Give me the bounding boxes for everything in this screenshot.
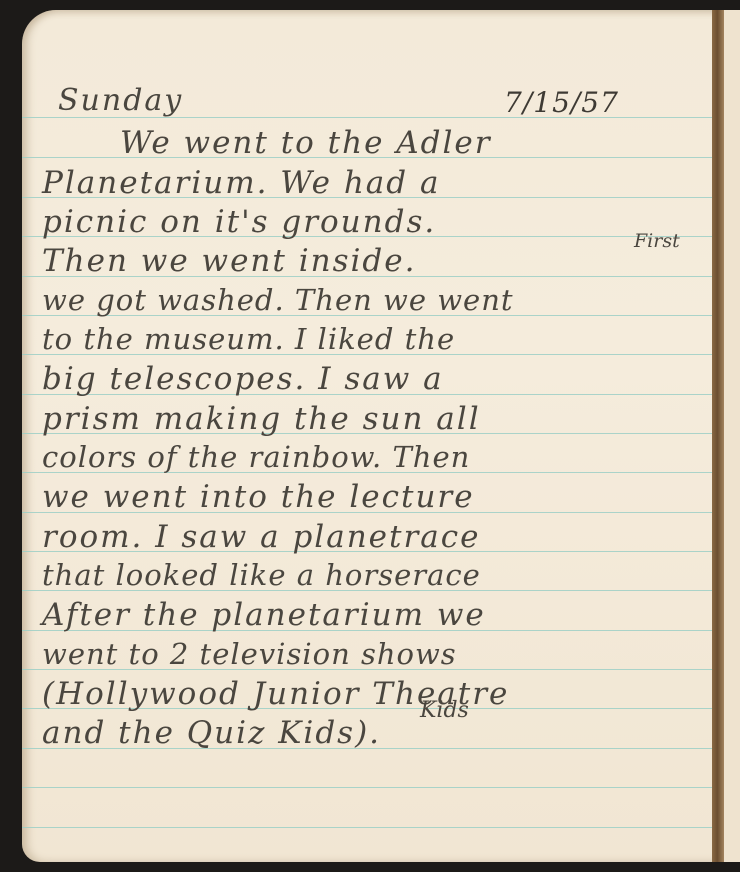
diary-line-16: and the Quiz Kids). xyxy=(42,718,381,749)
diary-line-9: colors of the rainbow. Then xyxy=(42,443,470,472)
diary-line-6: to the museum. I liked the xyxy=(42,325,455,354)
day-heading: Sunday xyxy=(58,86,183,116)
notebook-binding xyxy=(712,10,724,862)
adjacent-page-edge xyxy=(724,10,740,862)
diary-line-14: went to 2 television shows xyxy=(42,640,457,669)
diary-line-11: room. I saw a planetrace xyxy=(42,522,480,553)
inserted-word-first: First xyxy=(634,232,680,251)
diary-line-10: we went into the lecture xyxy=(42,482,475,513)
inserted-word-kids: Kids xyxy=(420,700,469,722)
diary-line-7: big telescopes. I saw a xyxy=(42,364,444,395)
diary-line-5: we got washed. Then we went xyxy=(42,286,514,315)
diary-line-3: picnic on it's grounds. xyxy=(42,207,436,238)
diary-line-4: Then we went inside. xyxy=(42,246,416,277)
ruled-line xyxy=(22,827,722,828)
entry-date: 7/15/57 xyxy=(504,86,619,119)
notebook-page: Sunday 7/15/57 We went to the Adler Plan… xyxy=(22,10,722,862)
diary-line-8: prism making the sun all xyxy=(42,404,481,435)
ruled-line xyxy=(22,787,722,788)
diary-line-2: Planetarium. We had a xyxy=(42,168,440,199)
diary-line-13: After the planetarium we xyxy=(42,600,486,631)
diary-line-1: We went to the Adler xyxy=(120,128,492,159)
diary-line-12: that looked like a horserace xyxy=(42,561,481,590)
